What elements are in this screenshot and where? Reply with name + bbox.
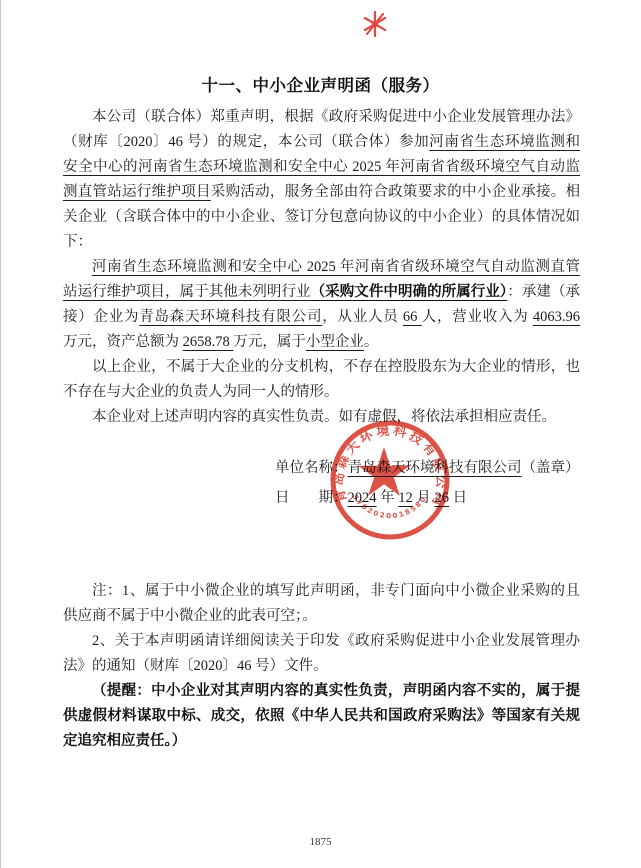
paragraph-3: 以上企业，不属于大企业的分支机构，不存在控股股东为大企业的情形，也不存在与大企业… — [63, 355, 580, 405]
paragraph-1: 本公司（联合体）郑重声明，根据《政府采购促进中小企业发展管理办法》（财库〔202… — [63, 105, 580, 255]
text-line: 2、关于本声明函请详细阅读关于印发《政府采购促进中小企业发展管理办 — [63, 629, 580, 654]
text-segment: 单位名称： — [275, 460, 348, 476]
text-segment: 测直管站运行维护项目 — [63, 184, 211, 200]
text-segment: 年 — [377, 490, 399, 506]
text-line: 注：1、属于中小微企业的填写此声明函，非专门面向中小微企业采购的且 — [63, 579, 580, 604]
text-segment: 以上企业，不属于大企业的分支机构，不存在控股股东为大企业的情形，也 — [92, 359, 580, 375]
text-segment: 关企业（含联合体中的中小企业、签订分包意向协议的中小企业）的具体情况如 — [63, 209, 580, 225]
text-segment: 2658.78 — [183, 334, 234, 350]
text-segment: 河南省生态环境监测和安全中心 2025 年河南省省级环境空气自动监测直管 — [92, 259, 580, 275]
text-segment: 26 — [435, 490, 450, 506]
text-segment: 人，营业收入为 — [422, 309, 533, 325]
text-segment: （提醒：中小企业对其声明内容的真实性负责，声明函内容不实的，属于提 — [92, 683, 580, 699]
notes-reminder: （提醒：中小企业对其声明内容的真实性负责，声明函内容不实的，属于提供虚假材料谋取… — [63, 679, 580, 754]
text-segment: 4063.96 — [533, 309, 580, 325]
declaration-document-page: 十一、中小企业声明函（服务） 本公司（联合体）郑重声明，根据《政府采购促进中小企… — [0, 0, 641, 868]
text-segment: 万元，资产总额为 — [63, 334, 183, 350]
text-segment: 本公司（联合体）郑重声明，根据《政府采购促进中小企业发展管理办法》 — [92, 109, 580, 125]
signature: 单位名称：青岛森天环境科技有限公司（盖章）日 期：2024 年 12 月 26 … — [275, 453, 580, 513]
text-segment: 不存在与大企业的负责人为同一人的情形。 — [63, 384, 339, 400]
text-line: 本企业对上述声明内容的真实性负责。如有虚假，将依法承担相应责任。 — [63, 405, 580, 430]
red-seal-fragment-icon — [362, 10, 388, 38]
page-title: 十一、中小企业声明函（服务） — [0, 73, 641, 99]
text-line: 下： — [63, 230, 580, 255]
text-line: 供虚假材料谋取中标、成交，依照《中华人民共和国政府采购法》等国家有关规 — [63, 704, 580, 729]
text-segment: ：承建（承 — [507, 284, 580, 300]
text-line: 万元，资产总额为 2658.78 万元，属于小型企业。 — [63, 330, 580, 355]
text-segment: 供虚假材料谋取中标、成交，依照《中华人民共和国政府采购法》等国家有关规 — [63, 708, 580, 724]
text-line: 本公司（联合体）郑重声明，根据《政府采购促进中小企业发展管理办法》 — [63, 105, 580, 130]
paragraph-2: 河南省生态环境监测和安全中心 2025 年河南省省级环境空气自动监测直管站运行维… — [63, 255, 580, 355]
notes-1: 注：1、属于中小微企业的填写此声明函，非专门面向中小微企业采购的且供应商不属于中… — [63, 579, 580, 629]
text-segment: 日 期： — [275, 490, 348, 506]
text-line: 以上企业，不属于大企业的分支机构，不存在控股股东为大企业的情形，也 — [63, 355, 580, 380]
text-segment: 注：1、属于中小微企业的填写此声明函，非专门面向中小微企业采购的且 — [92, 583, 580, 599]
text-segment: 青岛森天环境科技有限公司 — [139, 309, 322, 325]
text-line: 供应商不属于中小微企业的此表可空；。 — [63, 604, 580, 629]
text-segment: 12 — [398, 490, 413, 506]
text-line: 不存在与大企业的负责人为同一人的情形。 — [63, 380, 580, 405]
text-segment: 小型企业 — [306, 334, 364, 350]
text-segment: 2、关于本声明函请详细阅读关于印发《政府采购促进中小企业发展管理办 — [92, 633, 580, 649]
text-line: 测直管站运行维护项目采购活动，服务全部由符合政策要求的中小企业承接。相 — [63, 180, 580, 205]
text-segment: 定追究相应责任。） — [63, 733, 186, 749]
scan-edge-line — [0, 0, 1, 868]
text-segment: 安全中心的河南省生态环境监测和安全中心 2025 年河南省省级环境空气自动监 — [63, 159, 580, 175]
text-line: （财库〔2020〕46 号）的规定，本公司（联合体）参加河南省生态环境监测和 — [63, 130, 580, 155]
text-segment: （财库〔2020〕46 号）的规定，本公司（联合体）参加 — [63, 134, 429, 150]
text-segment: 2024 — [348, 490, 377, 506]
text-line: 定追究相应责任。） — [63, 729, 580, 754]
text-segment: （盖章） — [522, 460, 580, 476]
text-segment: 站运行维护项目，属于其他未列明行业 — [63, 284, 311, 300]
text-line: 站运行维护项目，属于其他未列明行业（采购文件中明确的所属行业）：承建（承 — [63, 280, 580, 305]
text-segment: 万元，属于 — [233, 334, 306, 350]
notes-2: 2、关于本声明函请详细阅读关于印发《政府采购促进中小企业发展管理办法》的通知（财… — [63, 629, 580, 679]
text-segment: 66 — [403, 309, 422, 325]
text-line: 河南省生态环境监测和安全中心 2025 年河南省省级环境空气自动监测直管 — [63, 255, 580, 280]
text-segment: 河南省生态环境监测和 — [429, 134, 580, 150]
text-line: （提醒：中小企业对其声明内容的真实性负责，声明函内容不实的，属于提 — [63, 679, 580, 704]
text-segment: 。 — [364, 334, 379, 350]
text-segment: （采购文件中明确的所属行业） — [311, 284, 508, 300]
text-segment: 月 — [413, 490, 435, 506]
text-segment: 日 — [449, 490, 467, 506]
text-segment: ，从业人员 — [322, 309, 403, 325]
text-segment: 采购活动，服务全部由符合政策要求的中小企业承接。相 — [211, 184, 580, 200]
text-line: 安全中心的河南省生态环境监测和安全中心 2025 年河南省省级环境空气自动监 — [63, 155, 580, 180]
text-segment: 本企业对上述声明内容的真实性负责。如有虚假，将依法承担相应责任。 — [92, 409, 556, 425]
text-line: 日 期：2024 年 12 月 26 日 — [275, 483, 580, 513]
text-segment: 供应商不属于中小微企业的此表可空；。 — [63, 608, 317, 624]
document-body: 本公司（联合体）郑重声明，根据《政府采购促进中小企业发展管理办法》（财库〔202… — [0, 105, 641, 754]
page-number: 1875 — [0, 836, 641, 848]
text-segment: 法》的通知（财库〔2020〕46 号）文件。 — [63, 658, 328, 674]
text-line: 关企业（含联合体中的中小企业、签订分包意向协议的中小企业）的具体情况如 — [63, 205, 580, 230]
text-segment: 接）企业为 — [63, 309, 139, 325]
text-segment: 下： — [63, 234, 92, 250]
text-line: 单位名称：青岛森天环境科技有限公司（盖章） — [275, 453, 580, 483]
text-line: 法》的通知（财库〔2020〕46 号）文件。 — [63, 654, 580, 679]
text-segment: 青岛森天环境科技有限公司 — [348, 460, 522, 476]
text-line: 接）企业为青岛森天环境科技有限公司，从业人员 66 人，营业收入为 4063.9… — [63, 305, 580, 330]
paragraph-4: 本企业对上述声明内容的真实性负责。如有虚假，将依法承担相应责任。 — [63, 405, 580, 430]
